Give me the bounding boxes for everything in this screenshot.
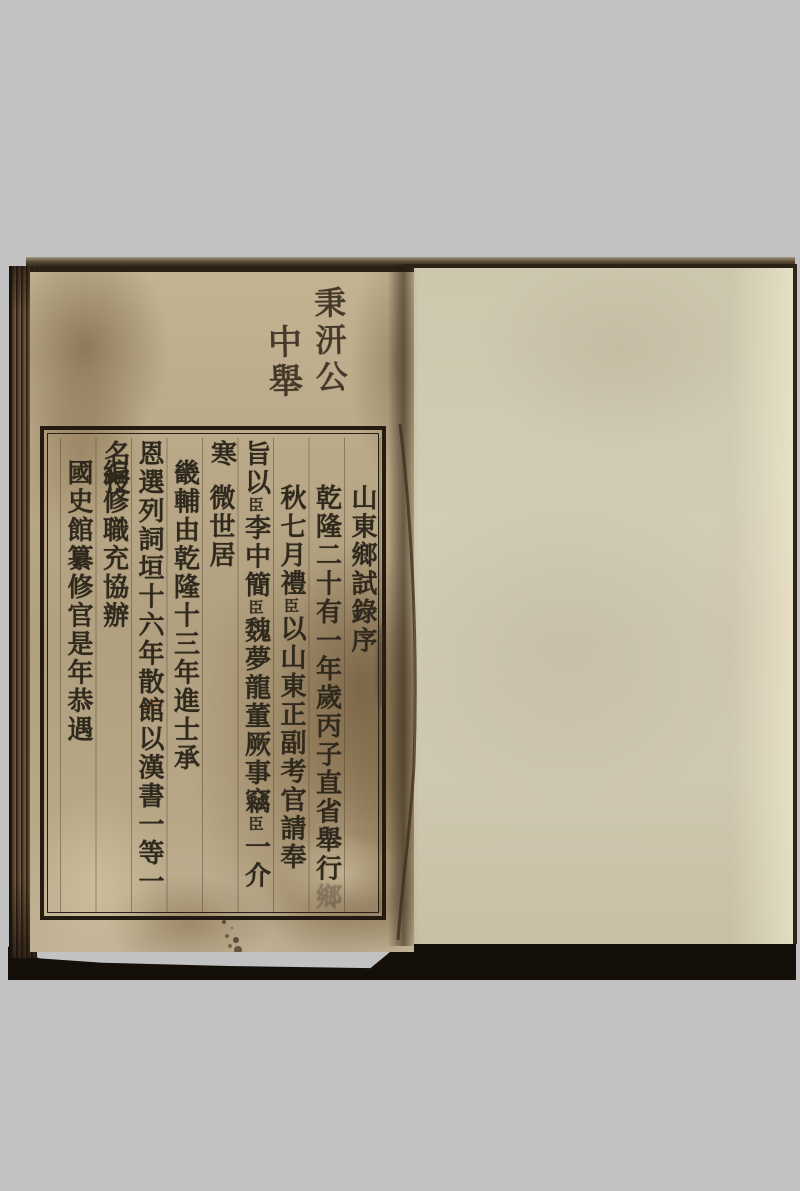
text-column: 編修職充協辦 (97, 459, 131, 630)
glyph-run: 旨以 (241, 440, 271, 497)
gutter-edge-line (388, 264, 422, 948)
text-column: 國史館纂修官是年恭遇 (61, 459, 95, 744)
text-column: 乾隆二十有一年歲丙子直省舉行鄉 (310, 484, 344, 912)
left-page: 秉汧公 中舉 山東鄉試錄序乾隆二十有一年歲丙子直省舉行鄉秋七月禮臣以山東正副考官… (30, 268, 414, 952)
text-column: 畿輔由乾隆十三年進士承 (168, 459, 202, 773)
ink-bleed-marks (376, 624, 385, 708)
glyph-run: 編修職充協辦 (99, 459, 129, 630)
glyph-run: 鄉 (312, 883, 342, 912)
glyph-run: 畿輔由乾隆十三年進士承 (170, 459, 200, 773)
glyph-run: 魏夢龍董厥事竊 (241, 617, 271, 817)
text-column: 山東鄉試錄序 (345, 484, 379, 655)
glyph-run: 以山東正副考官請奉 (276, 615, 306, 872)
glyph-run: 山東鄉試錄序 (347, 484, 377, 655)
glyph-run: 臣 (247, 816, 265, 833)
handwritten-annotation-line1: 秉汧公 (305, 286, 353, 398)
right-page (404, 264, 797, 944)
text-columns: 山東鄉試錄序乾隆二十有一年歲丙子直省舉行鄉秋七月禮臣以山東正副考官請奉旨以臣李中… (56, 438, 384, 912)
text-column: 秋七月禮臣以山東正副考官請奉 (274, 484, 308, 872)
handwritten-annotation-line2: 中舉 (257, 323, 308, 402)
glyph-run: 國史館纂修官是年恭遇 (63, 459, 93, 744)
ink-smudge (222, 920, 226, 924)
glyph-run: 李中簡 (241, 514, 271, 600)
glyph-run: 微世居 (205, 484, 235, 570)
text-column: 旨以臣李中簡臣魏夢龍董厥事竊臣一介寒 (239, 440, 273, 912)
glyph-run: 臣 (247, 600, 265, 617)
text-column: 微世居 (203, 484, 237, 570)
glyph-run: 秋七月禮 (276, 484, 306, 598)
glyph-run: 臣 (282, 598, 300, 615)
book-scan: 秉汧公 中舉 山東鄉試錄序乾隆二十有一年歲丙子直省舉行鄉秋七月禮臣以山東正副考官… (0, 0, 800, 1191)
glyph-run: 臣 (247, 497, 265, 514)
text-column: 恩選列詞垣十六年散館以漢書一等一名授 (132, 440, 166, 912)
glyph-run: 乾隆二十有一年歲丙子直省舉行 (312, 484, 342, 883)
